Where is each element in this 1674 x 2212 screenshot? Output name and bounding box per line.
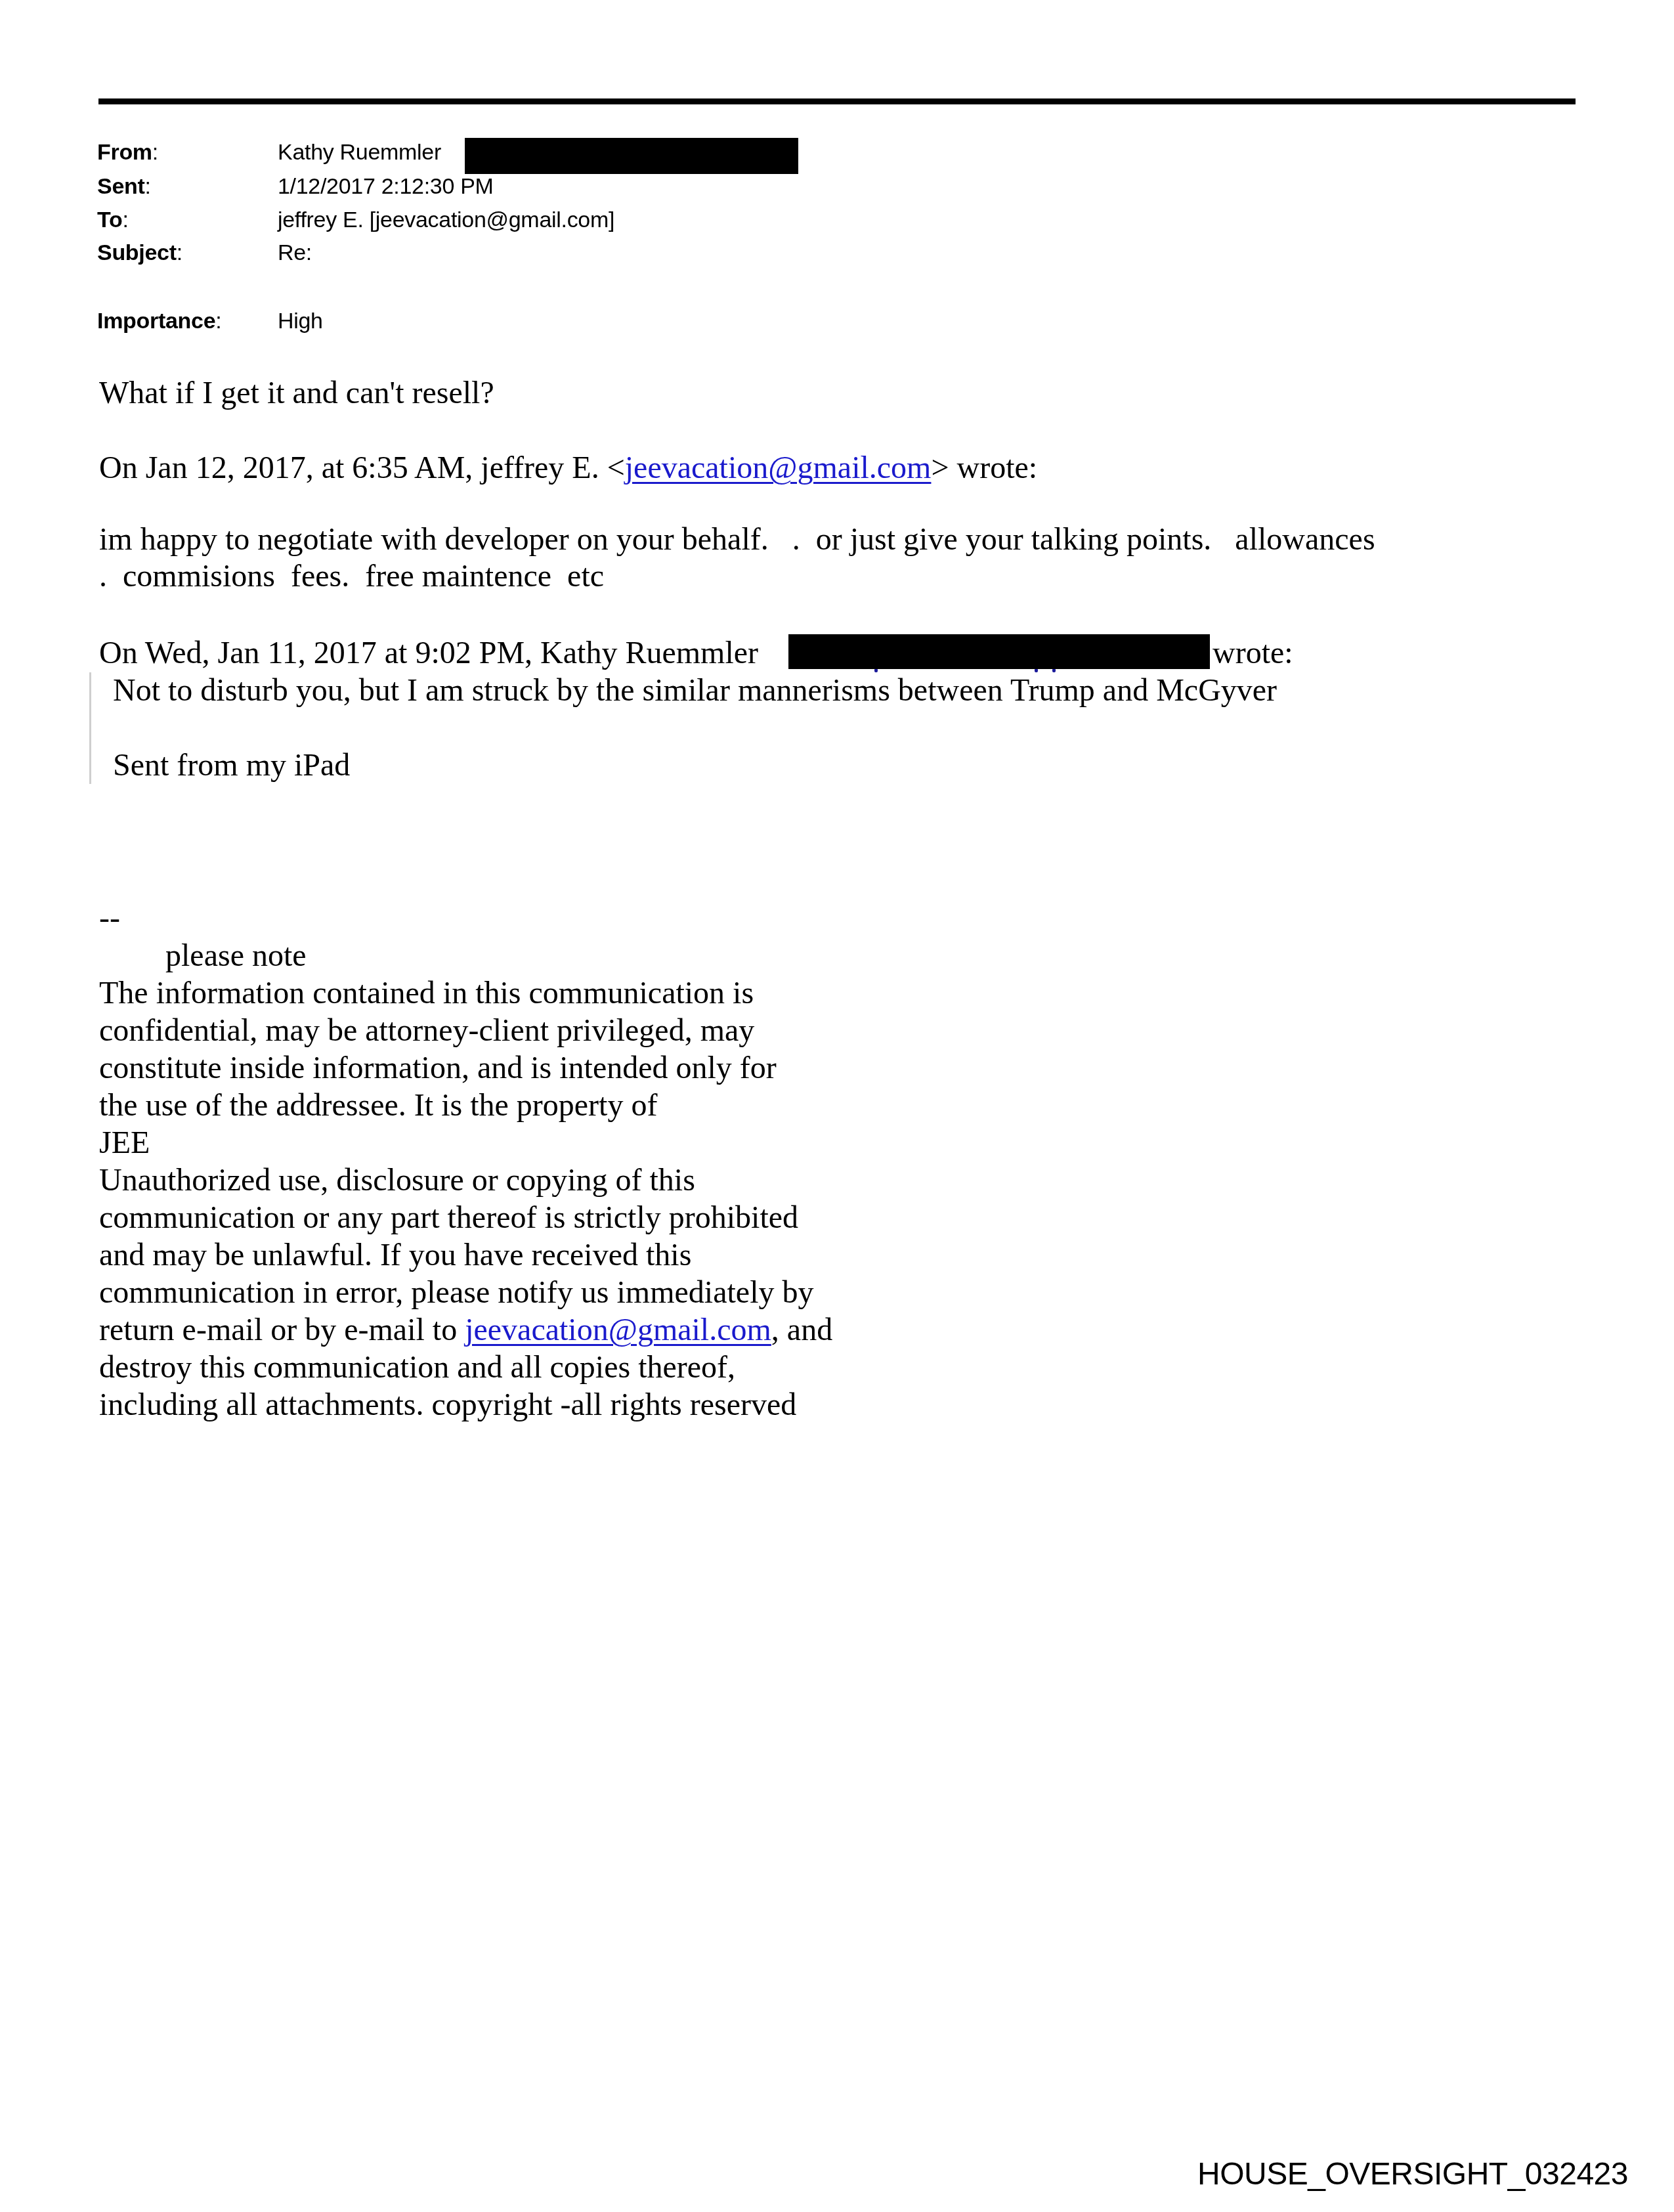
quote2-line-2: Sent from my iPad bbox=[113, 747, 350, 784]
reply-text: What if I get it and can't resell? bbox=[99, 374, 494, 412]
quote1-email-link[interactable]: jeevacation@gmail.com bbox=[625, 450, 932, 485]
redaction-box-quote bbox=[788, 634, 1210, 669]
subject-value: Re: bbox=[278, 240, 312, 266]
disclaimer-line: and may be unlawful. If you have receive… bbox=[99, 1236, 832, 1274]
signature-separator: -- bbox=[99, 900, 120, 937]
disclaimer-line: including all attachments. copyright -al… bbox=[99, 1386, 832, 1423]
disclaimer-line: confidential, may be attorney-client pri… bbox=[99, 1012, 832, 1049]
disclaimer-line: Unauthorized use, disclosure or copying … bbox=[99, 1161, 832, 1199]
bates-number: HOUSE_OVERSIGHT_032423 bbox=[1197, 2156, 1628, 2193]
to-value: jeffrey E. [jeevacation@gmail.com] bbox=[278, 207, 614, 233]
disclaimer-line: the use of the addressee. It is the prop… bbox=[99, 1087, 832, 1124]
importance-value: High bbox=[278, 308, 323, 334]
quote1-line-1: im happy to negotiate with developer on … bbox=[99, 521, 1375, 558]
disclaimer-email-link[interactable]: jeevacation@gmail.com bbox=[465, 1312, 771, 1347]
quote2-line-1: Not to disturb you, but I am struck by t… bbox=[113, 672, 1277, 709]
quote2-attribution: On Wed, Jan 11, 2017 at 9:02 PM, Kathy R… bbox=[99, 634, 758, 672]
quote1-line-2: . commisions fees. free maintence etc bbox=[99, 557, 604, 595]
document-page: From: Kathy Ruemmler Sent: 1/12/2017 2:1… bbox=[0, 0, 1674, 2212]
to-label: To: bbox=[97, 207, 129, 233]
disclaimer-line: destroy this communication and all copie… bbox=[99, 1349, 832, 1386]
quote1-attribution: On Jan 12, 2017, at 6:35 AM, jeffrey E. … bbox=[99, 449, 1037, 487]
sent-label: Sent: bbox=[97, 173, 151, 200]
from-value: Kathy Ruemmler bbox=[278, 139, 441, 165]
disclaimer-line: communication or any part thereof is str… bbox=[99, 1199, 832, 1236]
sent-value: 1/12/2017 2:12:30 PM bbox=[278, 173, 494, 200]
quote2-wrote: wrote: bbox=[1213, 634, 1293, 672]
disclaimer-line: JEE bbox=[99, 1124, 832, 1161]
disclaimer-email-line: return e-mail or by e-mail to jeevacatio… bbox=[99, 1311, 832, 1349]
quote-indent-bar bbox=[89, 672, 91, 784]
subject-label: Subject: bbox=[97, 240, 182, 266]
importance-label: Importance: bbox=[97, 308, 221, 334]
redaction-box-from bbox=[465, 138, 798, 174]
disclaimer-block: The information contained in this commun… bbox=[99, 974, 832, 1423]
disclaimer-line: The information contained in this commun… bbox=[99, 974, 832, 1012]
please-note: please note bbox=[165, 937, 307, 974]
from-label: From: bbox=[97, 139, 158, 165]
header-rule bbox=[98, 98, 1576, 104]
disclaimer-line: communication in error, please notify us… bbox=[99, 1274, 832, 1311]
disclaimer-line: constitute inside information, and is in… bbox=[99, 1049, 832, 1087]
